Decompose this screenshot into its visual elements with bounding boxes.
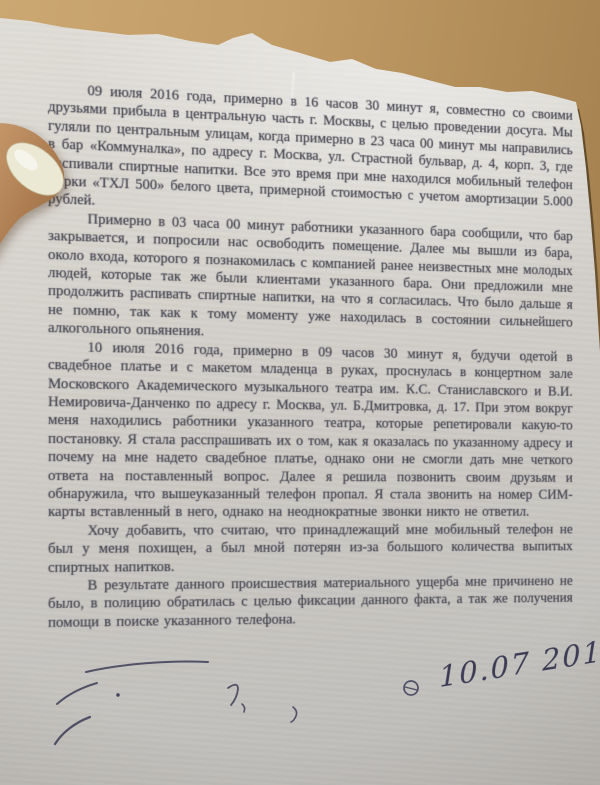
curved-pen-slash — [55, 717, 90, 744]
small-check-mark — [291, 707, 297, 722]
squiggle-mark — [228, 685, 238, 705]
photo-of-document: 09 июля 2016 года, примерно в 16 часов 3… — [0, 0, 600, 785]
finger — [0, 120, 90, 266]
strike-through-mark — [86, 661, 208, 672]
diagonal-pen-slash — [57, 683, 97, 704]
ink-dot — [116, 693, 119, 696]
circle-mark-chord — [405, 687, 417, 690]
squiggle-comma — [242, 704, 245, 712]
